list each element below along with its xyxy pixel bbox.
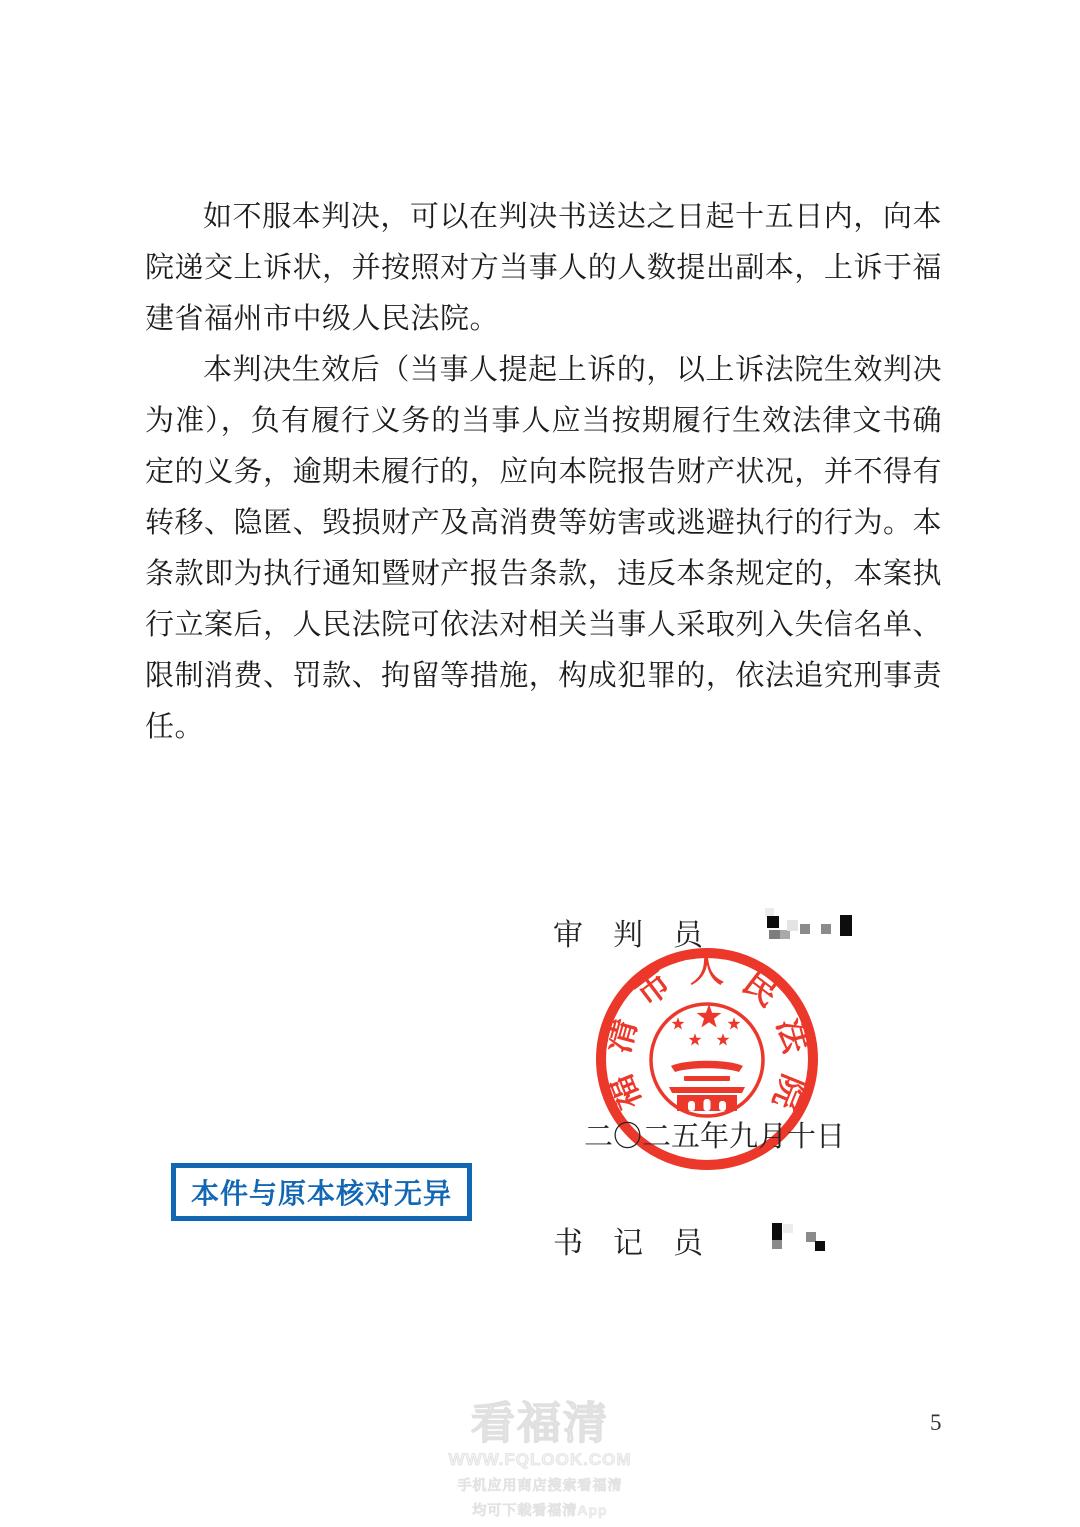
judgment-body-text: 如不服本判决，可以在判决书送达之日起十五日内，向本院递交上诉状，并按照对方当事人… bbox=[145, 192, 942, 753]
verification-text: 本件与原本核对无异 bbox=[191, 1172, 452, 1212]
site-watermark: 看福清 WWW.FQLOOK.COM 手机应用商店搜索看福清 均可下载看福清Ap… bbox=[370, 1400, 710, 1520]
paragraph-enforcement-clause: 本判决生效后（当事人提起上诉的，以上诉法院生效判决为准），负有履行义务的当事人应… bbox=[145, 345, 942, 753]
tiananmen-gate-icon bbox=[669, 1061, 745, 1111]
big-star-icon bbox=[697, 1004, 722, 1028]
pixel-block bbox=[767, 916, 779, 928]
watermark-line: 手机应用商店搜索看福清 bbox=[370, 1475, 710, 1495]
pixel-block bbox=[772, 1240, 782, 1249]
seal-char: 民 bbox=[736, 963, 786, 1014]
watermark-title: 看福清 bbox=[370, 1400, 710, 1448]
clerk-label: 书 记 员 bbox=[553, 1227, 703, 1260]
pixel-block bbox=[800, 924, 810, 934]
pixel-block bbox=[815, 1241, 825, 1251]
judgment-date: 二〇二五年九月十日 bbox=[584, 1114, 845, 1155]
judge-name-redacted bbox=[762, 906, 854, 948]
pixel-block bbox=[769, 930, 780, 939]
watermark-url: WWW.FQLOOK.COM bbox=[370, 1450, 710, 1470]
clerk-name-redacted bbox=[768, 1220, 830, 1256]
verification-stamp-box: 本件与原本核对无异 bbox=[171, 1163, 472, 1221]
small-star-icon bbox=[717, 1033, 730, 1045]
paragraph-appeal-rights: 如不服本判决，可以在判决书送达之日起十五日内，向本院递交上诉状，并按照对方当事人… bbox=[145, 192, 942, 345]
seal-char: 人 bbox=[690, 953, 724, 990]
pixel-block bbox=[780, 930, 790, 939]
page-number: 5 bbox=[930, 1410, 942, 1436]
document-page: 如不服本判决，可以在判决书送达之日起十五日内，向本院递交上诉状，并按照对方当事人… bbox=[0, 0, 1080, 1527]
small-star-icon bbox=[672, 1017, 685, 1029]
seal-char: 市 bbox=[628, 963, 678, 1014]
small-star-icon bbox=[689, 1033, 702, 1045]
national-emblem-icon bbox=[651, 1004, 763, 1116]
pixel-block bbox=[821, 924, 831, 934]
pixel-block bbox=[783, 1224, 793, 1233]
watermark-line: 均可下载看福清App bbox=[370, 1500, 710, 1520]
pixel-block bbox=[772, 1223, 782, 1240]
pixel-block bbox=[787, 920, 798, 931]
small-star-icon bbox=[728, 1017, 741, 1029]
clerk-signature-row: 书 记 员 bbox=[553, 1218, 703, 1262]
pixel-block bbox=[840, 915, 852, 936]
